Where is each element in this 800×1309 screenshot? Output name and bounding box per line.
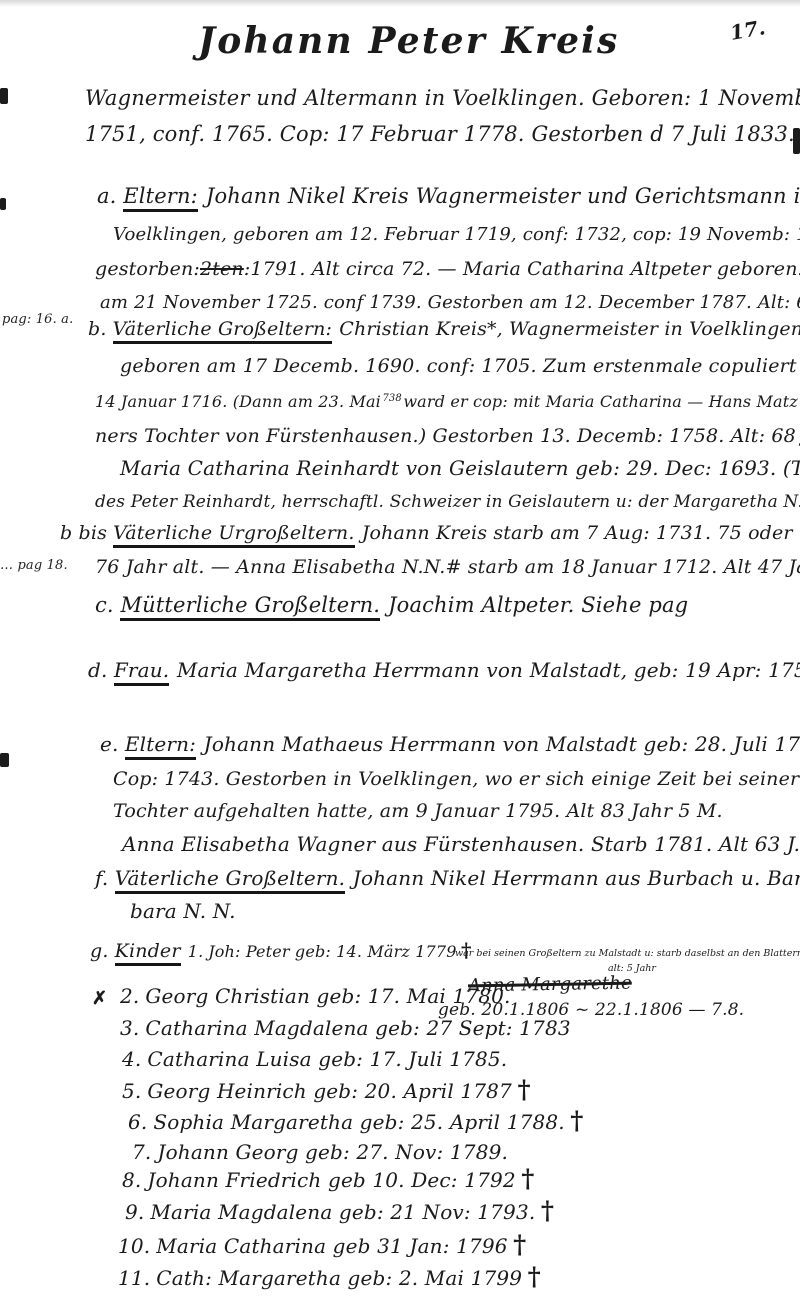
child-entry: Georg Heinrich geb: 20. April 1787 <box>147 1079 512 1103</box>
page-number: 17. <box>728 15 767 45</box>
section-text: ward er cop: mit Maria Catharina — Hans … <box>403 392 800 411</box>
death-cross-icon: † <box>513 1230 526 1259</box>
section-label: b. <box>88 318 107 340</box>
struck-text: Anna Margarethe <box>468 973 632 997</box>
section-heading: Väterliche Großeltern. <box>115 866 345 894</box>
child-row: 11.Cath: Margaretha geb: 2. Mai 1799† <box>118 1262 541 1291</box>
section-a-line: am 21 November 1725. conf 1739. Gestorbe… <box>100 292 800 313</box>
section-heading: Väterliche Großeltern: <box>113 318 332 344</box>
child-row: 9.Maria Magdalena geb: 21 Nov: 1793.† <box>125 1196 554 1225</box>
child-row: 3.Catharina Magdalena geb: 27 Sept: 1783 <box>120 1012 576 1041</box>
child-entry: Catharina Luisa geb: 17. Juli 1785. <box>147 1047 507 1071</box>
child-number: 2. <box>120 984 139 1008</box>
section-d-heading-line: d.Frau.Maria Margaretha Herrmann von Mal… <box>88 658 800 682</box>
section-e-heading-line: e.Eltern:Johann Mathaeus Herrmann von Ma… <box>100 732 800 756</box>
death-cross-icon: † <box>541 1196 554 1225</box>
child-entry: Catharina Magdalena geb: 27 Sept: 1783 <box>145 1016 570 1040</box>
child-number: 10. <box>118 1234 150 1258</box>
section-text: Maria Margaretha Herrmann von Malstadt, … <box>177 658 800 682</box>
section-text: Johann Kreis starb am 7 Aug: 1731. 75 od… <box>362 522 793 544</box>
child-number: 3. <box>120 1016 139 1040</box>
section-text: :1791. Alt circa 72. — Maria Catharina A… <box>244 258 800 280</box>
child-number: 8. <box>122 1168 141 1192</box>
child-row: 6.Sophia Margaretha geb: 25. April 1788.… <box>128 1106 584 1135</box>
child-number: 6. <box>128 1110 147 1134</box>
section-b-heading-line: b.Väterliche Großeltern:Christian Kreis*… <box>88 318 800 340</box>
child-entry: Johann Friedrich geb 10. Dec: 1792 <box>147 1168 515 1192</box>
section-b-line: 14 Januar 1716. (Dann am 23. Mai738ward … <box>95 392 800 411</box>
scan-artifact <box>0 88 8 104</box>
section-text: 14 Januar 1716. (Dann am 23. Mai <box>95 392 381 411</box>
section-a-line: gestorben:2ten:1791. Alt circa 72. — Mar… <box>95 258 800 280</box>
section-e-line: Cop: 1743. Gestorben in Voelklingen, wo … <box>113 768 799 790</box>
scan-artifact <box>0 198 6 210</box>
section-b-line: geboren am 17 Decemb. 1690. conf: 1705. … <box>120 355 800 377</box>
section-bbis-heading-line: b bisVäterliche Urgroßeltern.Johann Krei… <box>60 522 793 544</box>
section-label: c. <box>95 593 114 617</box>
child-entry: Maria Magdalena geb: 21 Nov: 1793. <box>150 1200 535 1224</box>
superscript-year: 738 <box>382 393 401 404</box>
section-heading: Eltern: <box>125 732 196 760</box>
section-label: d. <box>88 658 107 682</box>
child-row: 4.Catharina Luisa geb: 17. Juli 1785. <box>122 1043 513 1072</box>
scan-artifact <box>0 753 9 767</box>
section-heading: Kinder <box>115 940 181 966</box>
child-number: 9. <box>125 1200 144 1224</box>
section-text: Christian Kreis*, Wagnermeister in Voelk… <box>339 318 800 340</box>
child-entry: Johann Georg geb: 27. Nov: 1789. <box>157 1140 508 1164</box>
section-e-line: Tochter aufgehalten hatte, am 9 Januar 1… <box>113 800 723 822</box>
intro-line: 1751, conf. 1765. Cop: 17 Februar 1778. … <box>85 122 795 146</box>
section-heading: Mütterliche Großeltern. <box>120 593 380 621</box>
child-row: 10.Maria Catharina geb 31 Jan: 1796† <box>118 1230 526 1259</box>
child-entry: Sophia Margaretha geb: 25. April 1788. <box>153 1110 564 1134</box>
section-text: Johann Nikel Kreis Wagnermeister und Ger… <box>206 184 800 208</box>
page-title: Johann Peter Kreis <box>198 20 619 62</box>
scan-edge-shade <box>0 0 800 7</box>
section-text: Johann Nikel Herrmann aus Burbach u. Bar… <box>353 866 800 890</box>
child-entry: Joh: Peter geb: 14. März 1779 <box>208 942 456 961</box>
intro-line: Wagnermeister und Altermann in Voelkling… <box>85 86 800 110</box>
section-b-line: des Peter Reinhardt, herrschaftl. Schwei… <box>95 492 800 512</box>
section-label: e. <box>100 732 119 756</box>
section-heading: Frau. <box>114 658 169 686</box>
section-b-line: ners Tochter von Fürstenhausen.) Gestorb… <box>95 425 800 447</box>
margin-note: … pag 18. <box>0 558 68 573</box>
child-row: 7.Johann Georg geb: 27. Nov: 1789. <box>132 1136 513 1165</box>
child-number: 5. <box>122 1079 141 1103</box>
section-heading: Väterliche Urgroßeltern. <box>113 522 354 548</box>
x-mark-icon: ✗ <box>92 988 107 1009</box>
child-number: 7. <box>132 1140 151 1164</box>
section-label: f. <box>95 866 108 890</box>
child-number: 11. <box>118 1266 150 1290</box>
section-bbis-line: 76 Jahr alt. — Anna Elisabetha N.N.# sta… <box>95 556 800 578</box>
section-text: gestorben: <box>95 258 200 280</box>
margin-note: pag: 16. a. <box>2 312 73 327</box>
child-entry: Maria Catharina geb 31 Jan: 1796 <box>156 1234 507 1258</box>
child-number: 1. <box>188 942 204 961</box>
section-text: Johann Mathaeus Herrmann von Malstadt ge… <box>204 732 800 756</box>
child-entry: Cath: Margaretha geb: 2. Mai 1799 <box>156 1266 522 1290</box>
section-c-heading-line: c.Mütterliche Großeltern.Joachim Altpete… <box>95 593 688 617</box>
struck-text: 2ten <box>200 258 244 280</box>
death-cross-icon: † <box>517 1075 530 1104</box>
child-row: 8.Johann Friedrich geb 10. Dec: 1792† <box>122 1164 534 1193</box>
children-heading-line: g.Kinder1.Joh: Peter geb: 14. März 1779† <box>90 938 472 962</box>
child-1-note: war bei seinen Großeltern zu Malstadt u:… <box>455 948 800 959</box>
section-b-line: Maria Catharina Reinhardt von Geislauter… <box>120 456 800 480</box>
section-e-line: Anna Elisabetha Wagner aus Fürstenhausen… <box>122 832 800 856</box>
section-text: Joachim Altpeter. Siehe pag <box>388 593 688 617</box>
death-cross-icon: † <box>521 1164 534 1193</box>
manuscript-page: Johann Peter Kreis 17. Wagnermeister und… <box>0 0 800 1309</box>
child-row: 5.Georg Heinrich geb: 20. April 1787† <box>122 1075 531 1104</box>
section-label: a. <box>97 184 117 208</box>
added-entry-struck: Anna Margarethe <box>468 974 632 995</box>
child-number: 4. <box>122 1047 141 1071</box>
section-f-heading-line: f.Väterliche Großeltern.Johann Nikel Her… <box>95 866 800 890</box>
section-label: g. <box>90 940 109 962</box>
section-a-line: Voelklingen, geboren am 12. Februar 1719… <box>113 224 800 245</box>
death-cross-icon: † <box>570 1106 583 1135</box>
section-label: b bis <box>60 522 107 544</box>
section-f-line: bara N. N. <box>130 899 236 923</box>
section-a-heading-line: a.Eltern:Johann Nikel Kreis Wagnermeiste… <box>97 184 800 208</box>
death-cross-icon: † <box>528 1262 541 1291</box>
section-heading: Eltern: <box>123 184 198 212</box>
